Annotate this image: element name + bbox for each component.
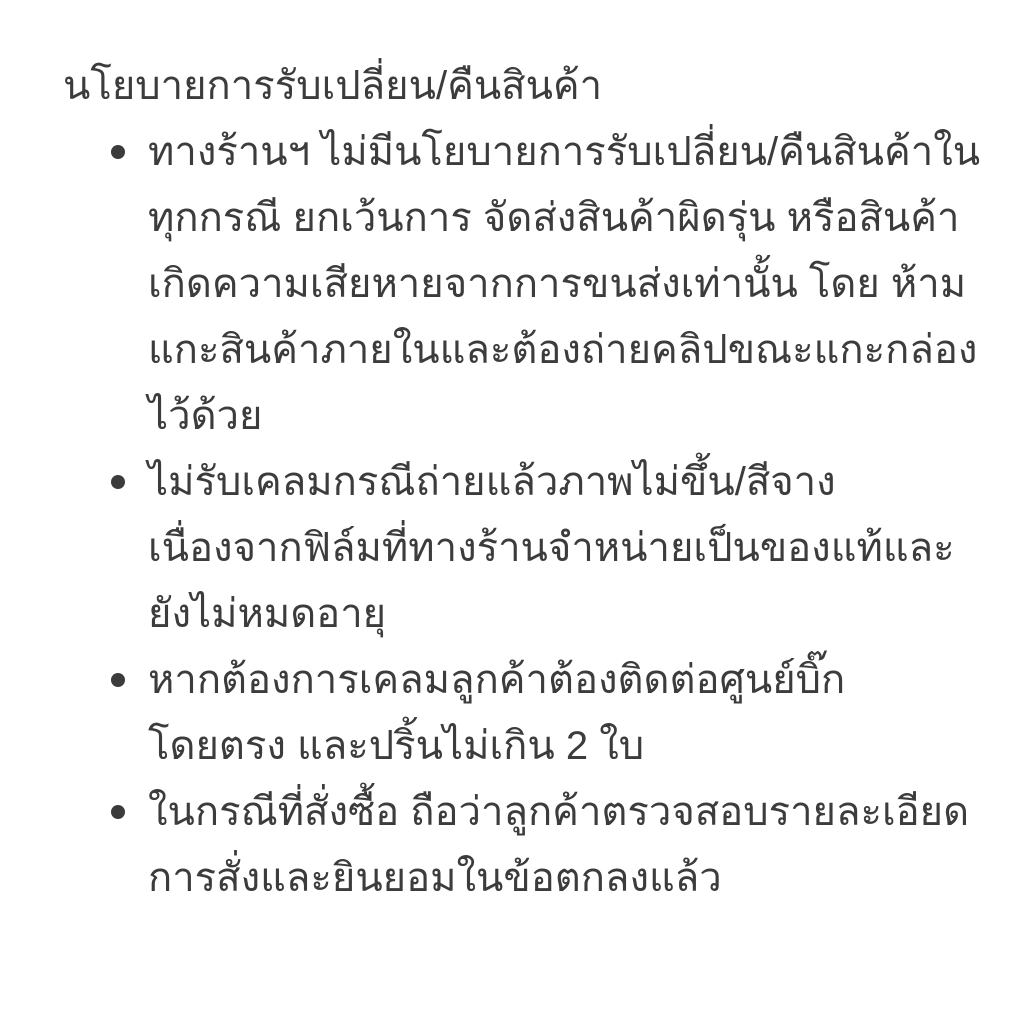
bullet-marker [63,119,148,185]
bullet-line: ทุกกรณี ยกเว้นการ จัดส่งสินค้าผิดรุ่น หร… [148,185,984,251]
bullet-dot-icon [111,673,125,687]
bullet-text: ทางร้านฯ ไม่มีนโยบายการรับเปลี่ยน/คืนสิน… [148,119,984,449]
bullet-line: หากต้องการเคลมลูกค้าต้องติดต่อศูนย์บิ๊ก [148,647,984,713]
bullet-marker [63,647,148,713]
bullet-line: เกิดความเสียหายจากการขนส่งเท่านั้น โดย ห… [148,251,984,317]
policy-bullet-3: หากต้องการเคลมลูกค้าต้องติดต่อศูนย์บิ๊ก … [63,647,984,779]
policy-title: นโยบายการรับเปลี่ยน/คืนสินค้า [63,53,984,119]
policy-bullet-1: ทางร้านฯ ไม่มีนโยบายการรับเปลี่ยน/คืนสิน… [63,119,984,449]
policy-bullet-list: ทางร้านฯ ไม่มีนโยบายการรับเปลี่ยน/คืนสิน… [63,119,984,911]
bullet-dot-icon [111,145,125,159]
bullet-marker [63,449,148,515]
bullet-dot-icon [111,805,125,819]
bullet-line: ทางร้านฯ ไม่มีนโยบายการรับเปลี่ยน/คืนสิน… [148,119,984,185]
bullet-line: แกะสินค้าภายในและต้องถ่ายคลิปขณะแกะกล่อง [148,317,984,383]
policy-document: นโยบายการรับเปลี่ยน/คืนสินค้า ทางร้านฯ ไ… [0,0,1024,911]
bullet-line: การสั่งและยินยอมในข้อตกลงแล้ว [148,845,984,911]
bullet-text: ไม่รับเคลมกรณีถ่ายแล้วภาพไม่ขึ้น/สีจาง เ… [148,449,984,647]
bullet-line: ในกรณีที่สั่งซื้อ ถือว่าลูกค้าตรวจสอบราย… [148,779,984,845]
bullet-text: หากต้องการเคลมลูกค้าต้องติดต่อศูนย์บิ๊ก … [148,647,984,779]
bullet-dot-icon [111,475,125,489]
bullet-line: เนื่องจากฟิล์มที่ทางร้านจำหน่ายเป็นของแท… [148,515,984,581]
bullet-line: โดยตรง และปริ้นไม่เกิน 2 ใบ [148,713,984,779]
bullet-line: ไม่รับเคลมกรณีถ่ายแล้วภาพไม่ขึ้น/สีจาง [148,449,984,515]
bullet-marker [63,779,148,845]
bullet-line: ยังไม่หมดอายุ [148,581,984,647]
policy-bullet-4: ในกรณีที่สั่งซื้อ ถือว่าลูกค้าตรวจสอบราย… [63,779,984,911]
bullet-text: ในกรณีที่สั่งซื้อ ถือว่าลูกค้าตรวจสอบราย… [148,779,984,911]
bullet-line: ไว้ด้วย [148,383,984,449]
policy-bullet-2: ไม่รับเคลมกรณีถ่ายแล้วภาพไม่ขึ้น/สีจาง เ… [63,449,984,647]
